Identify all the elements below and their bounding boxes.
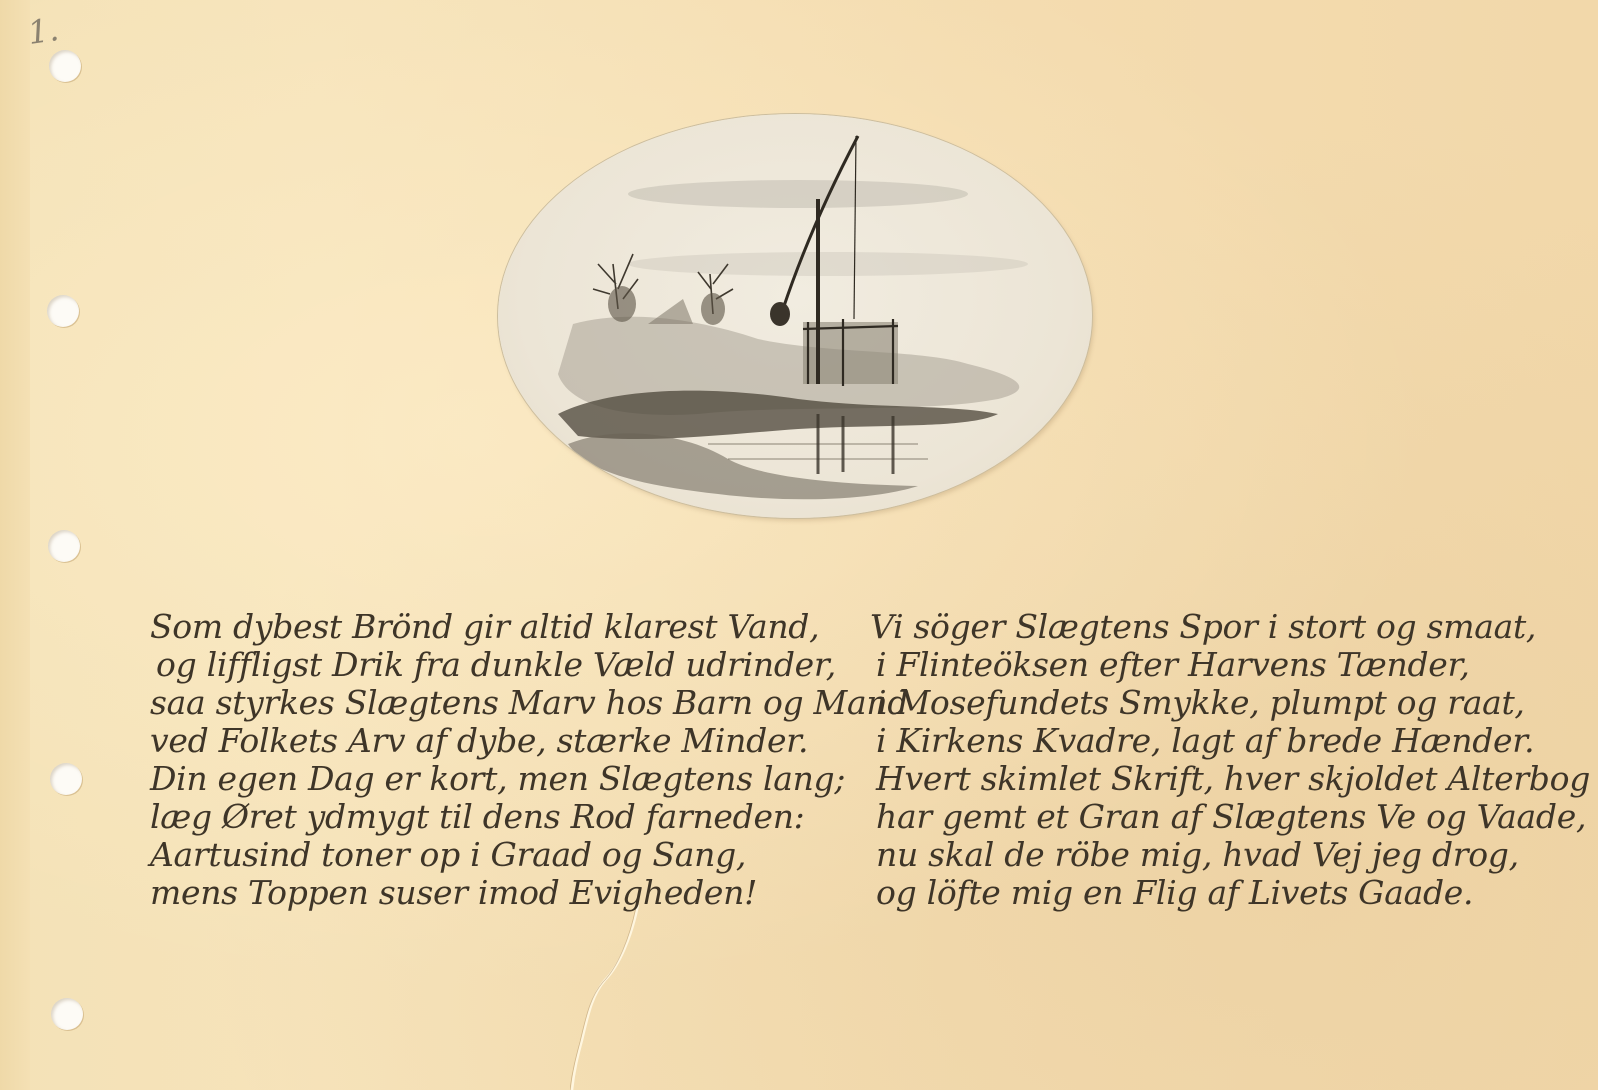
- poem-line: i Kirkens Kvadre, lagt af brede Hænder.: [870, 722, 1570, 760]
- punch-hole: [50, 763, 82, 795]
- paper-tear: [570, 905, 640, 1090]
- poem-line: og liffligst Drik fra dunkle Væld udrind…: [150, 646, 870, 684]
- punch-hole: [49, 50, 81, 82]
- punch-hole: [47, 295, 79, 327]
- page-number: 1.: [26, 10, 62, 52]
- poem-line: og löfte mig en Flig af Livets Gaade.: [870, 874, 1570, 912]
- poem-line: mens Toppen suser imod Evigheden!: [150, 874, 870, 912]
- poem-stanza-left: Som dybest Brönd gir altid klarest Vand,…: [150, 608, 870, 912]
- poem-line: Som dybest Brönd gir altid klarest Vand,: [150, 608, 870, 646]
- poem-line: saa styrkes Slægtens Marv hos Barn og Ma…: [150, 684, 870, 722]
- poem-line: ved Folkets Arv af dybe, stærke Minder.: [150, 722, 870, 760]
- poem-line: læg Øret ydmygt til dens Rod farneden:: [150, 798, 870, 836]
- poem-line: nu skal de röbe mig, hvad Vej jeg drog,: [870, 836, 1570, 874]
- album-page: 1.: [0, 0, 1598, 1090]
- punch-hole: [48, 530, 80, 562]
- well-drawing-svg: [498, 114, 1092, 518]
- binding-edge: [0, 0, 30, 1090]
- poem-line: Hvert skimlet Skrift, hver skjoldet Alte…: [870, 760, 1570, 798]
- poem-line: har gemt et Gran af Slægtens Ve og Vaade…: [870, 798, 1570, 836]
- poem-stanza-right: Vi söger Slægtens Spor i stort og smaat,…: [870, 608, 1570, 912]
- poem-line: i Mosefundets Smykke, plumpt og raat,: [870, 684, 1570, 722]
- punch-hole: [51, 998, 83, 1030]
- poem-line: Aartusind toner op i Graad og Sang,: [150, 836, 870, 874]
- poem-line: Din egen Dag er kort, men Slægtens lang;: [150, 760, 870, 798]
- poem-line: Vi söger Slægtens Spor i stort og smaat,: [870, 608, 1570, 646]
- poem-line: i Flinteöksen efter Harvens Tænder,: [870, 646, 1570, 684]
- well-illustration: [498, 114, 1092, 518]
